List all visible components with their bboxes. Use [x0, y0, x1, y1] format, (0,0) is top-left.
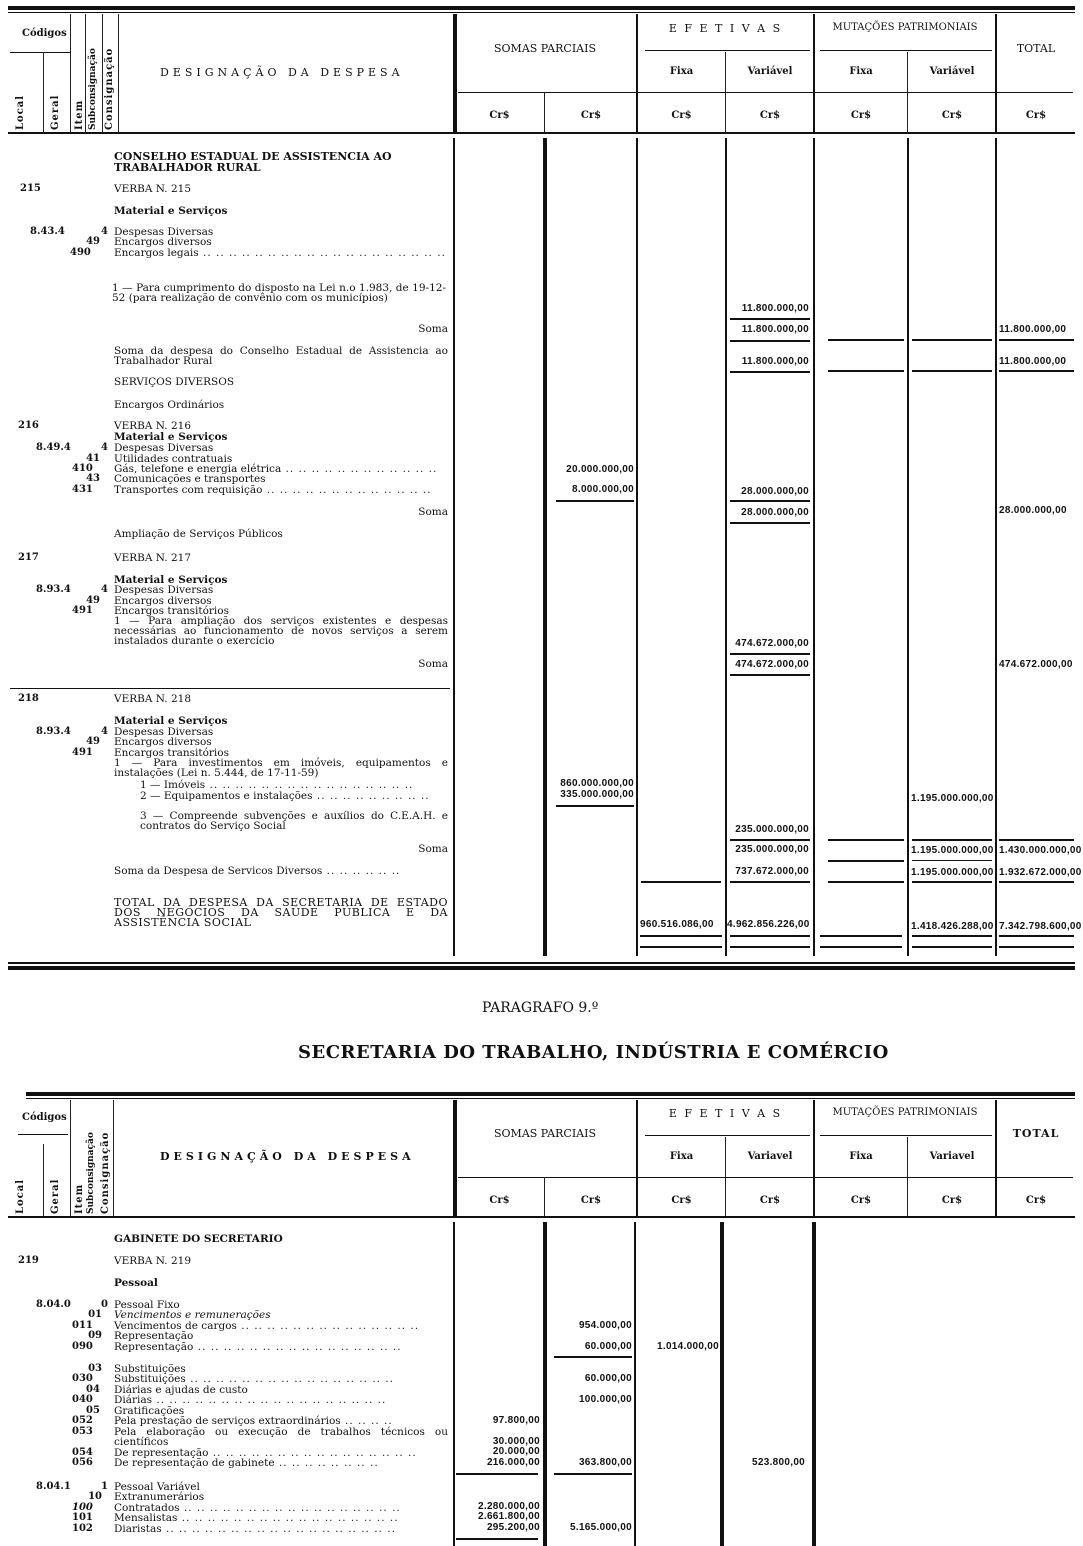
- grand-total-mutacoes-variavel: 1.418.426.288,00: [911, 921, 995, 932]
- sum-line: [730, 653, 810, 655]
- subsection-title: Ampliação de Serviços Públicos: [114, 529, 448, 539]
- sub-item: 2 — Equipamentos e instalações .. .. .. …: [140, 791, 448, 801]
- row-code: 101: [72, 1513, 94, 1523]
- divider: [43, 1144, 44, 1216]
- row-code: 040: [72, 1395, 94, 1405]
- consignacao-code: 431: [72, 485, 94, 495]
- header-item: Item: [74, 1168, 85, 1214]
- header-mutacoes-fixa: Fixa: [815, 1151, 907, 1162]
- row-label: Representação: [114, 1331, 448, 1341]
- currency-label: Cr$: [727, 1195, 813, 1206]
- soma-servicos-label: Soma da Despesa de Servicos Diversos .. …: [114, 866, 448, 876]
- sum-line: [912, 935, 992, 937]
- currency-label: Cr$: [997, 1195, 1075, 1206]
- sum-line: [730, 881, 810, 883]
- verba-title: VERBA N. 219: [114, 1256, 448, 1266]
- divider: [10, 52, 70, 53]
- divider: [10, 688, 450, 689]
- subconsignacao-label: Comunicações e transportes: [114, 474, 448, 484]
- divider: [70, 14, 71, 132]
- row-code: 01: [80, 1310, 102, 1320]
- item-description: 1 — Para cumprimento do disposto na Lei …: [112, 283, 446, 303]
- header-codigos: Códigos: [22, 1112, 67, 1123]
- consignacao-code: 490: [70, 248, 92, 258]
- header-geral: Geral: [50, 1150, 61, 1214]
- group-title: Material e Serviços: [114, 716, 448, 726]
- group-title: Material e Serviços: [114, 432, 448, 442]
- row-label: Vencimentos e remunerações: [114, 1310, 448, 1320]
- header-efetivas-fixa: Fixa: [638, 1151, 725, 1162]
- geral-code: 8.43.4: [30, 227, 72, 237]
- divider: [544, 1177, 545, 1216]
- divider: [458, 1177, 1073, 1178]
- sum-line: [640, 946, 722, 948]
- divider: [85, 14, 86, 132]
- somas-parciais-1-value: 2.661.800,00: [456, 1511, 540, 1522]
- somas-parciais-2-value: 100.000,00: [546, 1394, 632, 1405]
- somas-parciais-1-value: 20.000,00: [456, 1446, 540, 1457]
- row-label: De representação de gabinete .. .. .. ..…: [114, 1458, 448, 1468]
- column-line: [720, 1222, 724, 1546]
- header-efetivas: E F E T I V A S: [638, 22, 813, 35]
- sum-line: [641, 881, 721, 883]
- soma-total: 28.000.000,00: [999, 505, 1075, 516]
- sum-line: [730, 839, 810, 841]
- currency-label: Cr$: [909, 110, 995, 121]
- header-consignacao: Consignação: [100, 1112, 111, 1214]
- column-line: [543, 1222, 547, 1546]
- subsection-title: Encargos Ordinários: [114, 400, 448, 410]
- row-label: Substituições .. .. .. .. .. .. .. .. ..…: [114, 1374, 448, 1384]
- row-label: Pela elaboração ou execução de trabalhos…: [114, 1427, 448, 1447]
- divider: [645, 1135, 810, 1136]
- sum-line: [912, 370, 992, 372]
- soma-mutacoes: 1.195.000.000,00: [911, 845, 995, 856]
- somas-parciais-2-value: 60.000,00: [546, 1373, 632, 1384]
- sum-line: [730, 946, 810, 948]
- item-description: 1 — Para ampliação dos serviços existent…: [114, 616, 448, 646]
- sum-line: [554, 1356, 632, 1358]
- sum-line: [554, 1473, 632, 1475]
- row-code: 053: [72, 1427, 94, 1437]
- sum-line: [999, 839, 1074, 841]
- header-mutacoes: MUTAÇÕES PATRIMONIAIS: [815, 22, 995, 33]
- sum-line: [730, 935, 810, 937]
- header-item: Item: [74, 84, 85, 130]
- sum-line: [730, 500, 810, 502]
- row-code: 052: [72, 1416, 94, 1426]
- soma-label: Soma: [114, 507, 448, 517]
- soma-label: Soma: [114, 324, 448, 334]
- row-code: 102: [72, 1524, 94, 1534]
- divider: [820, 1135, 992, 1136]
- column-line: [453, 1222, 455, 1546]
- paragraph-label: PARAGRAFO 9.º: [482, 1000, 598, 1016]
- sum-line: [999, 370, 1074, 372]
- sum-line: [556, 500, 634, 502]
- divider: [8, 966, 1075, 970]
- subconsignacao-code: 43: [80, 474, 100, 484]
- item-code: 4: [90, 585, 108, 595]
- consignacao-label: Encargos legais .. .. .. .. .. .. .. .. …: [114, 248, 448, 258]
- item-label: Despesas Diversas: [114, 585, 448, 595]
- column-line: [543, 138, 547, 956]
- column-line: [813, 138, 815, 956]
- column-line: [812, 1222, 816, 1546]
- local-code: 216: [18, 421, 40, 431]
- sum-line: [456, 1473, 538, 1475]
- currency-label: Cr$: [815, 1195, 907, 1206]
- header-subconsignacao: Subconsignação: [88, 20, 98, 130]
- sum-line: [730, 371, 810, 373]
- item-description: 1 — Para investimentos em imóveis, equip…: [114, 758, 448, 778]
- header-mutacoes-variavel: Variavel: [909, 1151, 995, 1162]
- soma-conselho-value: 11.800.000,00: [727, 356, 809, 367]
- currency-label: Cr$: [815, 110, 907, 121]
- verba-title: VERBA N. 216: [114, 421, 448, 431]
- currency-label: Cr$: [909, 1195, 995, 1206]
- header-local: Local: [15, 1150, 26, 1214]
- sum-line: [828, 881, 904, 883]
- somas-parciais-1-value: 216.000,00: [456, 1457, 540, 1468]
- divider: [458, 92, 1073, 93]
- local-code: 217: [18, 553, 40, 563]
- currency-label: Cr$: [455, 1195, 544, 1206]
- somas-parciais-value: 860.000.000,00: [546, 778, 634, 789]
- currency-label: Cr$: [638, 110, 725, 121]
- geral-code: 8.04.1: [36, 1482, 76, 1492]
- row-label: Diárias .. .. .. .. .. .. .. .. .. .. ..…: [114, 1395, 448, 1405]
- currency-label: Cr$: [546, 1195, 636, 1206]
- soma-servicos-total: 1.932.672.000,00: [999, 867, 1075, 878]
- divider: [8, 6, 1075, 10]
- somas-parciais-1-value: 97.800,00: [456, 1415, 540, 1426]
- divider: [645, 50, 810, 51]
- sum-line: [730, 318, 810, 320]
- subconsignacao-code: 49: [80, 237, 100, 247]
- header-geral: Geral: [50, 62, 61, 130]
- row-label: Mensalistas .. .. .. .. .. .. .. .. .. .…: [114, 1513, 448, 1523]
- row-code: 090: [72, 1342, 94, 1352]
- verba-title: VERBA N. 217: [114, 553, 448, 563]
- soma-value: 11.800.000,00: [727, 324, 809, 335]
- efetivas-variavel-value: 474.672.000,00: [727, 638, 809, 649]
- sum-line: [730, 522, 810, 524]
- group-title: Pessoal: [114, 1278, 448, 1288]
- sum-line: [999, 881, 1074, 883]
- divider: [8, 962, 1075, 964]
- currency-label: Cr$: [727, 110, 813, 121]
- geral-code: 8.93.4: [36, 727, 76, 737]
- sub-item: 3 — Compreende subvenções e auxílios do …: [140, 811, 448, 831]
- verba-title: VERBA N. 218: [114, 694, 448, 704]
- header-mutacoes: MUTAÇÕES PATRIMONIAIS: [815, 1107, 995, 1118]
- row-label: Extranumerários: [114, 1492, 448, 1502]
- section-title: GABINETE DO SECRETARIO: [114, 1234, 448, 1244]
- sum-line: [730, 674, 810, 676]
- header-efetivas: E F E T I V A S: [638, 1107, 813, 1120]
- local-code: 215: [20, 184, 40, 194]
- somas-parciais-1-value: 295.200,00: [456, 1522, 540, 1533]
- soma-value: 235.000.000,00: [727, 844, 809, 855]
- column-line: [634, 1222, 636, 1546]
- column-line: [453, 138, 455, 956]
- sum-line: [828, 860, 904, 862]
- sum-line: [730, 340, 810, 342]
- sum-line: [999, 339, 1074, 341]
- efetivas-variavel-value: 235.000.000,00: [727, 824, 809, 835]
- currency-label: Cr$: [997, 110, 1075, 121]
- consignacao-code: 491: [72, 606, 94, 616]
- section-title: CONSELHO ESTADUAL DE ASSISTENCIA AO TRAB…: [114, 151, 448, 173]
- divider: [8, 12, 1075, 13]
- divider: [70, 1100, 71, 1216]
- soma-value: 474.672.000,00: [727, 659, 809, 670]
- grand-total-efetivas-variavel: 4.962.856.226,00: [727, 919, 813, 930]
- soma-conselho-total: 11.800.000,00: [999, 356, 1075, 367]
- row-code: 09: [80, 1331, 102, 1341]
- currency-label: Cr$: [546, 110, 636, 121]
- sum-line: [556, 805, 634, 807]
- header-designacao: DESIGNAÇÃO DA DESPESA: [160, 1150, 415, 1163]
- header-consignacao: Consignação: [104, 26, 115, 130]
- currency-label: Cr$: [455, 110, 544, 121]
- group-title: Material e Serviços: [114, 206, 448, 216]
- header-somas-parciais: SOMAS PARCIAIS: [455, 42, 635, 55]
- somas-parciais-value: 335.000.000,00: [546, 789, 634, 800]
- header-subconsignacao: Subconsignação: [86, 1104, 96, 1214]
- sum-line: [820, 946, 902, 948]
- divider: [43, 52, 44, 132]
- header-total: TOTAL: [997, 42, 1075, 55]
- header-mutacoes-variavel: Variável: [909, 66, 995, 77]
- divider: [544, 92, 545, 132]
- header-local: Local: [15, 62, 26, 130]
- divider: [118, 14, 119, 132]
- local-code: 218: [18, 694, 40, 704]
- sum-line: [828, 339, 904, 341]
- soma-total: 474.672.000,00: [999, 659, 1075, 670]
- section-title: SERVIÇOS DIVERSOS: [114, 377, 448, 387]
- efetivas-variavel-value: 523.800,00: [752, 1457, 812, 1468]
- divider: [102, 14, 103, 132]
- header-total: TOTAL: [997, 1127, 1075, 1140]
- subconsignacao-label: Encargos diversos: [114, 237, 448, 247]
- column-line: [907, 138, 909, 956]
- efetivas-variavel-value: 28.000.000,00: [727, 486, 809, 497]
- somas-parciais-2-value: 60.000,00: [546, 1341, 632, 1352]
- divider: [18, 1134, 68, 1135]
- geral-code: 8.04.0: [36, 1300, 76, 1310]
- verba-title: VERBA N. 215: [114, 184, 448, 194]
- sum-line: [912, 946, 992, 948]
- divider: [820, 50, 992, 51]
- row-label: Diaristas .. .. .. .. .. .. .. .. .. .. …: [114, 1524, 448, 1534]
- row-label: Pela prestação de serviços extraordinári…: [114, 1416, 448, 1426]
- geral-code: 8.93.4: [36, 585, 76, 595]
- header-mutacoes-fixa: Fixa: [815, 66, 907, 77]
- sum-line: [828, 839, 904, 841]
- geral-code: 8.49.4: [36, 443, 76, 453]
- sum-line: [912, 339, 992, 341]
- currency-label: Cr$: [638, 1195, 725, 1206]
- divider: [26, 1098, 1075, 1099]
- divider: [26, 1092, 1075, 1096]
- sum-line: [456, 1538, 538, 1540]
- paragraph-title: SECRETARIA DO TRABALHO, INDÚSTRIA E COMÉ…: [298, 1042, 889, 1063]
- efetivas-fixa-value: 1.014.000,00: [640, 1341, 719, 1352]
- mutacoes-variavel-value: 1.195.000.000,00: [911, 793, 995, 804]
- divider: [8, 1216, 1075, 1218]
- header-designacao: DESIGNAÇÃO DA DESPESA: [160, 66, 404, 79]
- sum-line: [912, 860, 992, 861]
- divider: [113, 1100, 114, 1216]
- consignacao-label: Transportes com requisição .. .. .. .. .…: [114, 485, 448, 495]
- somas-parciais-2-value: 363.800,00: [546, 1457, 632, 1468]
- soma-value: 28.000.000,00: [727, 507, 809, 518]
- subconsignacao-code: 49: [80, 737, 100, 747]
- header-somas-parciais: SOMAS PARCIAIS: [455, 1127, 635, 1140]
- soma-total: 1.430.000.000,00: [999, 845, 1075, 856]
- header-efetivas-fixa: Fixa: [638, 66, 725, 77]
- subconsignacao-label: Encargos diversos: [114, 737, 448, 747]
- row-code: 10: [80, 1492, 102, 1502]
- header-efetivas-variavel: Variável: [727, 66, 813, 77]
- header-codigos: Códigos: [22, 28, 67, 39]
- item-label: Despesas Diversas: [114, 443, 448, 453]
- row-label: Diárias e ajudas de custo: [114, 1385, 448, 1395]
- soma-label: Soma: [114, 659, 448, 669]
- soma-servicos-mutacoes: 1.195.000.000,00: [911, 867, 995, 878]
- consignacao-code: 491: [72, 748, 94, 758]
- column-line: [636, 138, 638, 956]
- sum-line: [820, 935, 902, 937]
- header-efetivas-variavel: Variavel: [727, 1151, 813, 1162]
- local-code: 219: [18, 1256, 42, 1266]
- soma-servicos-value: 737.672.000,00: [727, 866, 809, 877]
- sum-line: [912, 881, 992, 883]
- sum-line: [999, 935, 1074, 937]
- sub-item: 1 — Imóveis .. .. .. .. .. .. .. .. .. .…: [140, 780, 448, 790]
- row-code: 030: [72, 1374, 94, 1384]
- somas-parciais-2-value: 954.000,00: [546, 1320, 632, 1331]
- soma-conselho-label: Soma da despesa do Conselho Estadual de …: [114, 346, 448, 366]
- somas-parciais-value: 8.000.000,00: [546, 484, 634, 495]
- soma-total: 11.800.000,00: [999, 324, 1075, 335]
- efetivas-variavel-value: 11.800.000,00: [727, 303, 809, 314]
- sum-line: [912, 839, 992, 841]
- column-line: [995, 138, 997, 956]
- divider: [8, 132, 1075, 134]
- row-code: 056: [72, 1458, 94, 1468]
- sum-line: [999, 946, 1074, 948]
- grand-total-label: TOTAL DA DESPESA DA SECRETARIA DE ESTADO…: [114, 898, 448, 928]
- soma-label: Soma: [114, 844, 448, 854]
- sum-line: [828, 370, 904, 372]
- grand-total-efetivas-fixa: 960.516.086,00: [640, 919, 724, 930]
- row-label: Representação .. .. .. .. .. .. .. .. ..…: [114, 1342, 448, 1352]
- item-code: 4: [90, 443, 108, 453]
- grand-total-total: 7.342.798.600,00: [999, 921, 1075, 932]
- sum-line: [640, 935, 722, 937]
- somas-parciais-value: 20.000.000,00: [546, 464, 634, 475]
- somas-parciais-2-value: 5.165.000,00: [546, 1522, 632, 1533]
